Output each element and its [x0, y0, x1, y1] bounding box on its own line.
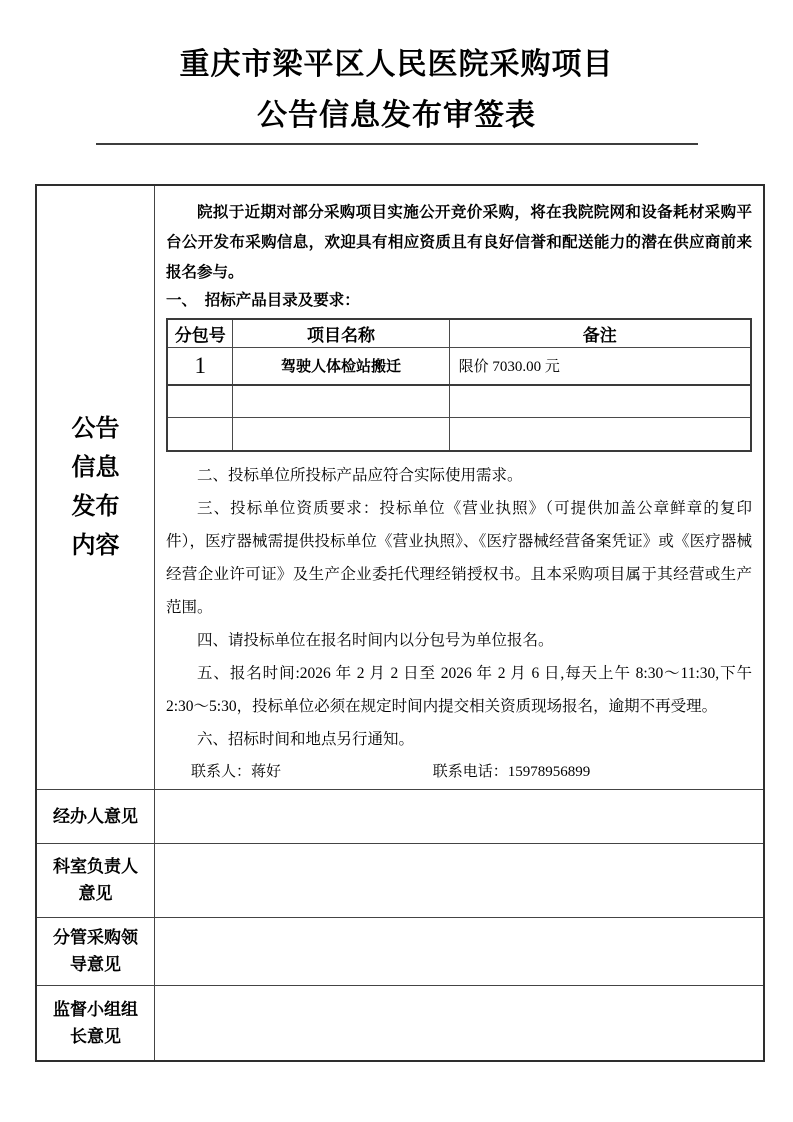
- doc-title-line2: 公告信息发布审签表: [0, 97, 793, 134]
- signature-space: [155, 789, 765, 843]
- label-line: 公告: [72, 409, 120, 448]
- requirement-item-5: 五、报名时间:2026 年 2 月 2 日至 2026 年 2 月 6 日,每天…: [166, 657, 752, 723]
- content-row-label: 公告 信息 发布 内容: [48, 409, 143, 565]
- signature-row-supervision-group-leader: 监督小组组长意见: [36, 985, 764, 1061]
- signature-row-procurement-leader: 分管采购领导意见: [36, 917, 764, 985]
- doc-title-line1: 重庆市梁平区人民医院采购项目: [0, 46, 793, 83]
- announcement-content-row: 公告 信息 发布 内容 院拟于近期对部分采购项目实施公开竞价采购，将在我院院网和…: [36, 185, 764, 789]
- contact-phone-value: 15978956899: [508, 764, 591, 780]
- package-no-cell: [167, 418, 233, 451]
- requirement-item-4: 四、请投标单位在报名时间内以分包号为单位报名。: [166, 624, 752, 657]
- signature-row-label: 科室负责人意见: [36, 843, 155, 917]
- announcement-content-cell: 院拟于近期对部分采购项目实施公开竞价采购，将在我院院网和设备耗材采购平台公开发布…: [155, 185, 765, 789]
- signature-row-handler: 经办人意见: [36, 789, 764, 843]
- signature-space: [155, 917, 765, 985]
- label-line: 内容: [72, 526, 120, 565]
- signature-row-label: 监督小组组长意见: [36, 985, 155, 1061]
- contact-person-label: 联系人：: [191, 764, 251, 780]
- remark-cell: 限价 7030.00 元: [449, 348, 751, 385]
- header-package-no: 分包号: [167, 319, 233, 348]
- contact-line: 联系人：蒋好 联系电话：15978956899: [166, 756, 752, 789]
- requirement-item-6: 六、招标时间和地点另行通知。: [166, 723, 752, 756]
- package-no-cell: 1: [167, 348, 233, 385]
- requirement-item-2: 二、投标单位所投标产品应符合实际使用需求。: [166, 459, 752, 492]
- product-row-1: 1 驾驶人体检站搬迁 限价 7030.00 元: [167, 348, 751, 385]
- approval-form-table: 公告 信息 发布 内容 院拟于近期对部分采购项目实施公开竞价采购，将在我院院网和…: [35, 184, 765, 1062]
- signature-space: [155, 843, 765, 917]
- project-name-cell: 驾驶人体检站搬迁: [233, 348, 449, 385]
- header-remark: 备注: [449, 319, 751, 348]
- project-name-cell: [233, 418, 449, 451]
- document-page: 重庆市梁平区人民医院采购项目 公告信息发布审签表 公告 信息 发布 内容 院拟于…: [0, 0, 793, 1122]
- project-name-cell: [233, 385, 449, 418]
- contact-phone-label: 联系电话：: [433, 764, 508, 780]
- remark-cell: [449, 418, 751, 451]
- signature-space: [155, 985, 765, 1061]
- product-row-empty: [167, 385, 751, 418]
- package-no-cell: [167, 385, 233, 418]
- remark-cell: [449, 385, 751, 418]
- header-project-name: 项目名称: [233, 319, 449, 348]
- product-row-empty: [167, 418, 751, 451]
- catalog-heading: 一、 招标产品目录及要求：: [166, 288, 752, 313]
- contact-person-value: 蒋好: [251, 764, 281, 780]
- requirement-item-3: 三、投标单位资质要求：投标单位《营业执照》（可提供加盖公章鲜章的复印件），医疗器…: [166, 492, 752, 624]
- content-row-label-cell: 公告 信息 发布 内容: [36, 185, 155, 789]
- signature-row-department-head: 科室负责人意见: [36, 843, 764, 917]
- signature-row-label: 经办人意见: [36, 789, 155, 843]
- product-table-header-row: 分包号 项目名称 备注: [167, 319, 751, 348]
- label-line: 发布: [72, 487, 120, 526]
- title-underline: [96, 143, 698, 145]
- intro-paragraph: 院拟于近期对部分采购项目实施公开竞价采购，将在我院院网和设备耗材采购平台公开发布…: [166, 198, 752, 288]
- label-line: 信息: [72, 448, 120, 487]
- document-header: 重庆市梁平区人民医院采购项目 公告信息发布审签表: [0, 0, 793, 145]
- signature-row-label: 分管采购领导意见: [36, 917, 155, 985]
- product-catalog-table: 分包号 项目名称 备注 1 驾驶人体检站搬迁 限价 7030.00 元: [166, 318, 752, 452]
